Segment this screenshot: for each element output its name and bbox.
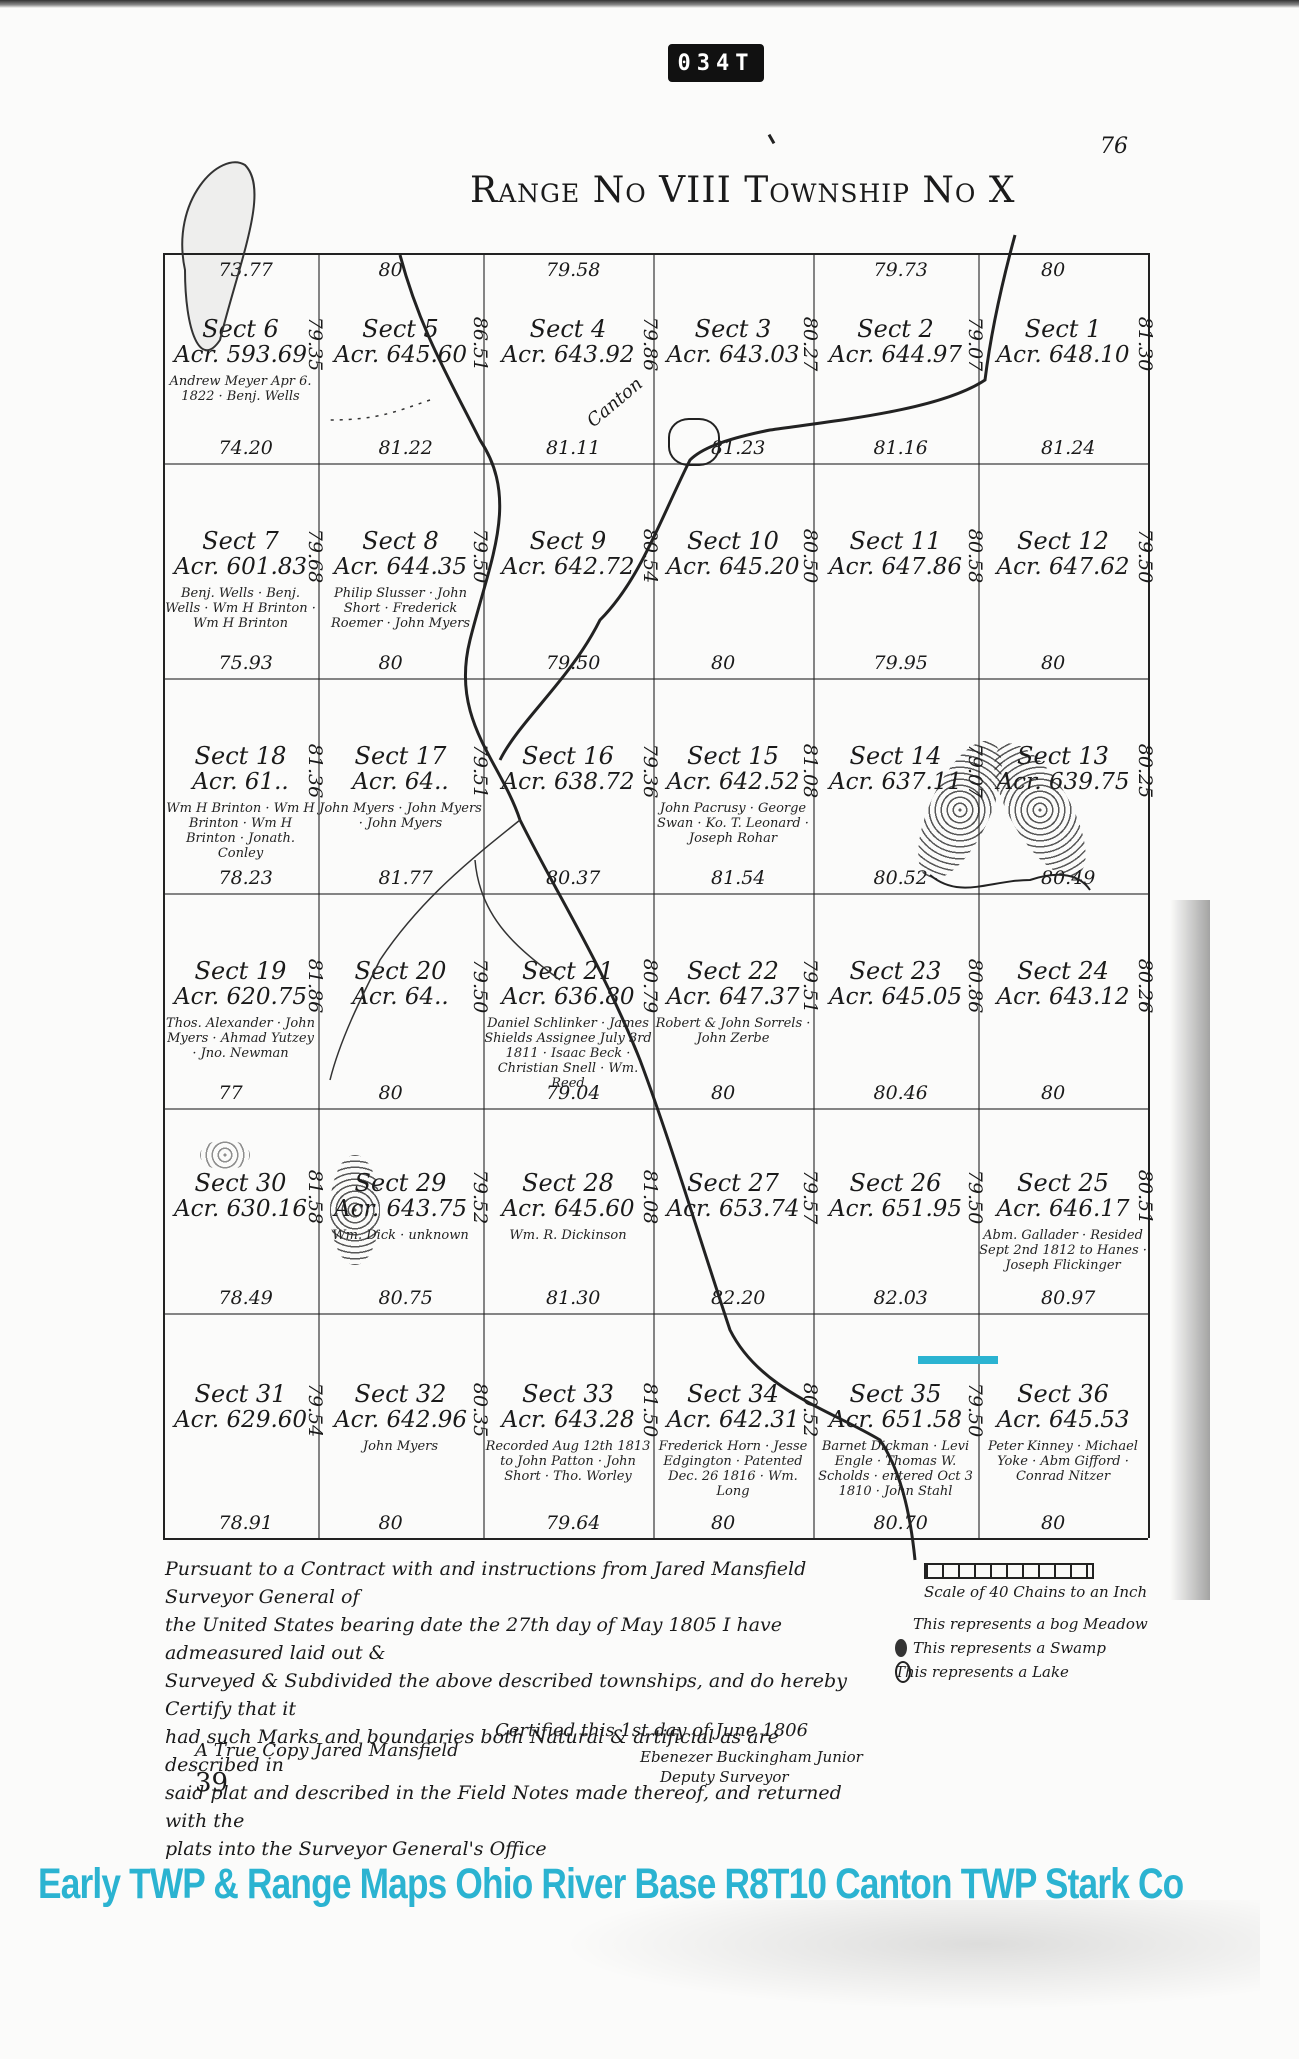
lake-icon bbox=[895, 1661, 911, 1683]
scan-edge-shadow bbox=[1170, 900, 1210, 1600]
scan-smudge bbox=[560, 1900, 1260, 2010]
highlight-marker bbox=[918, 1356, 998, 1364]
cert-line: Pursuant to a Contract with and instruct… bbox=[165, 1555, 865, 1611]
bog-marker bbox=[200, 1140, 250, 1170]
surveyor-name: Ebenezer Buckingham Junior bbox=[640, 1748, 863, 1766]
cert-line: said plat and described in the Field Not… bbox=[165, 1779, 865, 1835]
legend-item: This represents a bog Meadow bbox=[895, 1612, 1148, 1636]
scale-label: Scale of 40 Chains to an Inch bbox=[924, 1583, 1147, 1601]
scale-bar bbox=[924, 1563, 1094, 1579]
bog-meadow-icon bbox=[895, 1615, 907, 1633]
cert-line: plats into the Surveyor General's Office bbox=[165, 1835, 865, 1863]
cert-line: Surveyed & Subdivided the above describe… bbox=[165, 1667, 865, 1723]
surveyor-title: Deputy Surveyor bbox=[660, 1768, 789, 1786]
legend-label: This represents a bog Meadow bbox=[913, 1612, 1148, 1636]
image-caption: Early TWP & Range Maps Ohio River Base R… bbox=[38, 1860, 1183, 1909]
legend-item: This represents a Swamp bbox=[895, 1636, 1148, 1660]
swamp-icon bbox=[895, 1639, 907, 1657]
surveyor-certificate: Pursuant to a Contract with and instruct… bbox=[165, 1555, 865, 1863]
legend-label: This represents a Swamp bbox=[913, 1636, 1106, 1660]
canton-lake bbox=[668, 418, 720, 466]
certified-date: Certified this 1st day of June 1806 bbox=[495, 1720, 808, 1741]
swamp-marker bbox=[330, 1155, 380, 1265]
true-copy-signature: A True Copy Jared Mansfield bbox=[195, 1740, 459, 1761]
legend-item: This represents a Lake bbox=[895, 1660, 1148, 1684]
plat-page-number: 39 bbox=[195, 1768, 228, 1798]
legend-label: This represents a Lake bbox=[895, 1660, 1069, 1684]
map-legend: This represents a bog Meadow This repres… bbox=[895, 1612, 1148, 1684]
cert-line: the United States bearing date the 27th … bbox=[165, 1611, 865, 1667]
